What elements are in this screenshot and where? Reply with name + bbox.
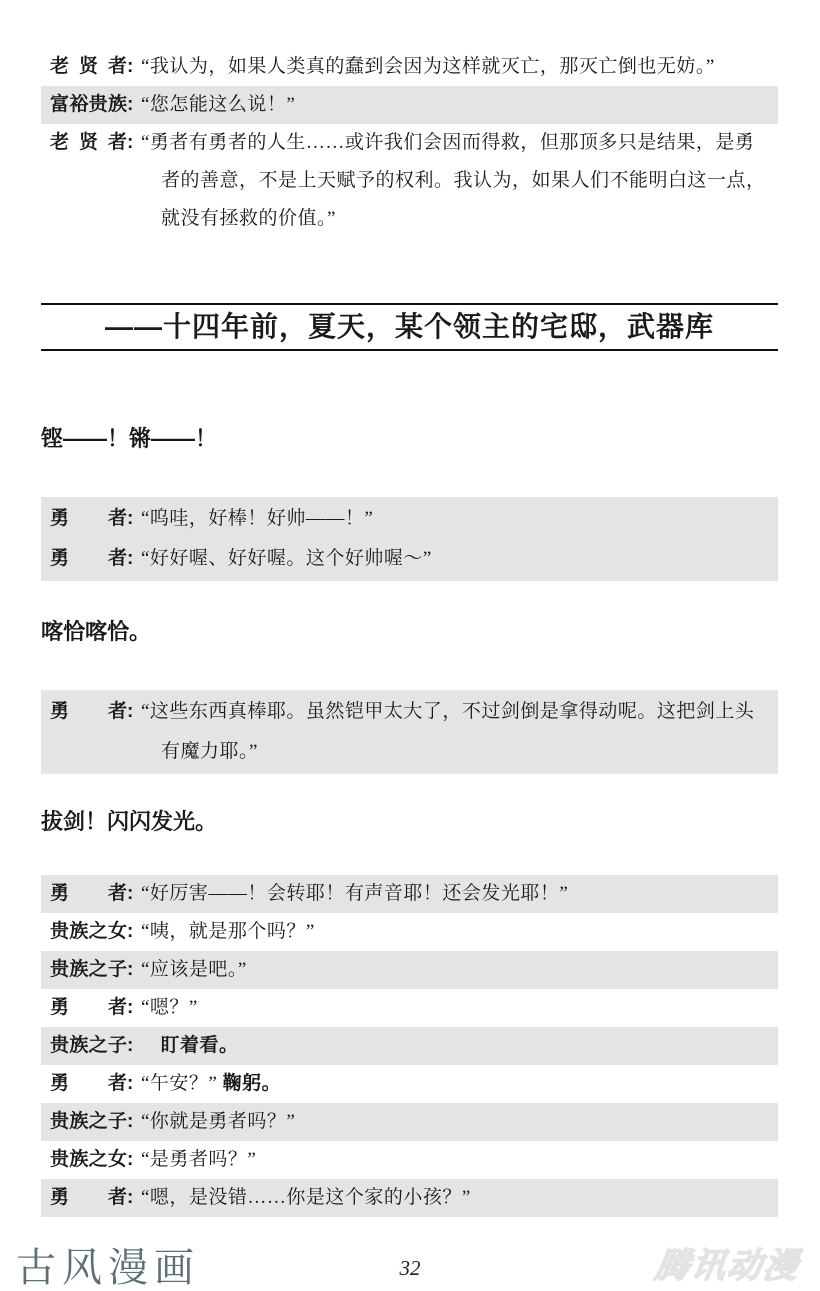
- speaker-name: 贵族之子:: [50, 951, 141, 989]
- dialogue-block: 勇者:“好厉害——！会转耶！有声音耶！还会发光耶！”贵族之女:“咦，就是那个吗？…: [41, 875, 778, 1217]
- dialogue-row: 勇者:“午安？” 鞠躬。: [41, 1065, 778, 1103]
- speaker-colon: :: [127, 1187, 133, 1208]
- speaker-name-text: 贵族之子: [50, 1027, 127, 1065]
- dialogue-quote-text: “午安？”: [141, 1073, 223, 1094]
- speech-text: “我认为，如果人类真的蠢到会因为这样就灭亡，那灭亡倒也无妨。”: [141, 48, 772, 86]
- speaker-name: 勇者:: [50, 989, 141, 1027]
- dialogue-row: 贵族之女:“咦，就是那个吗？”: [41, 913, 778, 951]
- dialogue-quote-text: “嗯？”: [141, 997, 198, 1018]
- speaker-name: 勇者:: [50, 539, 141, 579]
- dialogue-group: 勇者:“这些东西真棒耶。虽然铠甲太大了，不过剑倒是拿得动呢。这把剑上头有魔力耶。…: [41, 690, 778, 774]
- speech-text: “应该是吧。”: [141, 951, 772, 989]
- speaker-name: 富裕贵族:: [50, 86, 141, 124]
- speech-text: “这些东西真棒耶。虽然铠甲太大了，不过剑倒是拿得动呢。这把剑上头有魔力耶。”: [141, 692, 772, 772]
- speech-text: “呜哇，好棒！好帅——！”: [141, 499, 772, 539]
- dialogue-quote-text: “好厉害——！会转耶！有声音耶！还会发光耶！”: [141, 883, 568, 904]
- speaker-name: 勇者:: [50, 692, 141, 732]
- dialogue-row: 贵族之女:“是勇者吗？”: [41, 1141, 778, 1179]
- speaker-name-text: 勇者: [50, 539, 127, 579]
- dialogue-quote-text: “咦，就是那个吗？”: [141, 921, 315, 942]
- speaker-name-text: 贵族之女: [50, 913, 127, 951]
- section-header: ——十四年前，夏天，某个领主的宅邸，武器库: [41, 303, 778, 351]
- dialogue-quote-text: “你就是勇者吗？”: [141, 1111, 295, 1132]
- speaker-colon: :: [127, 1149, 133, 1170]
- speaker-colon: :: [127, 56, 133, 77]
- speaker-name-text: 富裕贵族: [50, 86, 127, 124]
- dialogue-quote-text: “是勇者吗？”: [141, 1149, 256, 1170]
- speaker-name-text: 贵族之子: [50, 951, 127, 989]
- speaker-colon: :: [127, 701, 133, 722]
- speech-text: “您怎能这么说！”: [141, 86, 772, 124]
- document-page: 老贤者:“我认为，如果人类真的蠢到会因为这样就灭亡，那灭亡倒也无妨。”富裕贵族:…: [0, 0, 820, 1291]
- dialogue-row: 富裕贵族:“您怎能这么说！”: [41, 86, 778, 124]
- speech-text: “是勇者吗？”: [141, 1141, 772, 1179]
- speaker-name-text: 勇者: [50, 1065, 127, 1103]
- speaker-name-text: 老贤者: [50, 124, 127, 162]
- narration-text: 拔剑！闪闪发光。: [41, 807, 778, 837]
- speaker-colon: :: [127, 959, 133, 980]
- speaker-colon: :: [127, 94, 133, 115]
- speaker-colon: :: [127, 132, 133, 153]
- dialogue-row: 贵族之子: 盯着看。: [41, 1027, 778, 1065]
- speaker-name: 老贤者:: [50, 48, 141, 86]
- speaker-name-text: 贵族之女: [50, 1141, 127, 1179]
- speech-text: “午安？” 鞠躬。: [141, 1065, 772, 1103]
- tencent-comics-watermark: 腾讯动漫: [653, 1238, 804, 1287]
- dialogue-row: 勇者:“这些东西真棒耶。虽然铠甲太大了，不过剑倒是拿得动呢。这把剑上头有魔力耶。…: [41, 692, 778, 772]
- speaker-name-text: 勇者: [50, 499, 127, 539]
- dialogue-row: 贵族之子:“你就是勇者吗？”: [41, 1103, 778, 1141]
- speaker-name-text: 勇者: [50, 989, 127, 1027]
- speaker-name: 老贤者:: [50, 124, 141, 162]
- speaker-name: 贵族之子:: [50, 1027, 141, 1065]
- narration-text: 铿——！锵——！: [41, 424, 778, 454]
- speaker-name: 贵族之女:: [50, 1141, 141, 1179]
- dialogue-quote-text: “好好喔、好好喔。这个好帅喔～”: [141, 548, 432, 569]
- speaker-colon: :: [127, 1111, 133, 1132]
- speaker-colon: :: [127, 548, 133, 569]
- speaker-name-text: 勇者: [50, 1179, 127, 1217]
- speaker-name: 勇者:: [50, 499, 141, 539]
- inline-narration-text: 鞠躬。: [223, 1073, 282, 1094]
- speech-text: “咦，就是那个吗？”: [141, 913, 772, 951]
- dialogue-row: 老贤者:“我认为，如果人类真的蠢到会因为这样就灭亡，那灭亡倒也无妨。”: [41, 48, 778, 86]
- dialogue-block: 老贤者:“我认为，如果人类真的蠢到会因为这样就灭亡，那灭亡倒也无妨。”富裕贵族:…: [41, 48, 778, 238]
- speaker-name: 勇者:: [50, 1179, 141, 1217]
- dialogue-group: 勇者:“呜哇，好棒！好帅——！”勇者:“好好喔、好好喔。这个好帅喔～”: [41, 497, 778, 581]
- speaker-name: 贵族之女:: [50, 913, 141, 951]
- dialogue-quote-text: “呜哇，好棒！好帅——！”: [141, 508, 373, 529]
- dialogue-quote-text: “您怎能这么说！”: [141, 94, 295, 115]
- speech-text: “嗯？”: [141, 989, 772, 1027]
- speech-text: “好厉害——！会转耶！有声音耶！还会发光耶！”: [141, 875, 772, 913]
- speaker-colon: :: [127, 1073, 133, 1094]
- dialogue-quote-text: “嗯，是没错……你是这个家的小孩？”: [141, 1187, 471, 1208]
- speaker-name-text: 勇者: [50, 692, 127, 732]
- speaker-name-text: 老贤者: [50, 48, 127, 86]
- dialogue-quote-text: “应该是吧。”: [141, 959, 247, 980]
- dialogue-row: 勇者:“好好喔、好好喔。这个好帅喔～”: [41, 539, 778, 579]
- speaker-name-text: 勇者: [50, 875, 127, 913]
- dialogue-row: 勇者:“呜哇，好棒！好帅——！”: [41, 499, 778, 539]
- speech-text: 盯着看。: [141, 1027, 772, 1065]
- dialogue-row: 贵族之子:“应该是吧。”: [41, 951, 778, 989]
- dialogue-quote-text: “这些东西真棒耶。虽然铠甲太大了，不过剑倒是拿得动呢。这把剑上头有魔力耶。”: [141, 701, 754, 762]
- speaker-name: 贵族之子:: [50, 1103, 141, 1141]
- speaker-name: 勇者:: [50, 875, 141, 913]
- script-content: 老贤者:“我认为，如果人类真的蠢到会因为这样就灭亡，那灭亡倒也无妨。”富裕贵族:…: [41, 48, 778, 1217]
- speech-text: “嗯，是没错……你是这个家的小孩？”: [141, 1179, 772, 1217]
- speaker-colon: :: [127, 508, 133, 529]
- speech-text: “勇者有勇者的人生……或许我们会因而得救，但那顶多只是结果，是勇者的善意，不是上…: [141, 124, 772, 238]
- dialogue-row: 勇者:“嗯，是没错……你是这个家的小孩？”: [41, 1179, 778, 1217]
- dialogue-quote-text: “勇者有勇者的人生……或许我们会因而得救，但那顶多只是结果，是勇者的善意，不是上…: [141, 132, 766, 229]
- speaker-colon: :: [127, 921, 133, 942]
- dialogue-row: 老贤者:“勇者有勇者的人生……或许我们会因而得救，但那顶多只是结果，是勇者的善意…: [41, 124, 778, 238]
- speaker-name: 勇者:: [50, 1065, 141, 1103]
- dialogue-quote-text: “我认为，如果人类真的蠢到会因为这样就灭亡，那灭亡倒也无妨。”: [141, 56, 715, 77]
- speech-text: “你就是勇者吗？”: [141, 1103, 772, 1141]
- dialogue-row: 勇者:“好厉害——！会转耶！有声音耶！还会发光耶！”: [41, 875, 778, 913]
- speaker-name-text: 贵族之子: [50, 1103, 127, 1141]
- speech-text: “好好喔、好好喔。这个好帅喔～”: [141, 539, 772, 579]
- speaker-colon: :: [127, 883, 133, 904]
- speaker-colon: :: [127, 1035, 133, 1056]
- inline-narration-text: 盯着看。: [141, 1035, 239, 1056]
- speaker-colon: :: [127, 997, 133, 1018]
- dialogue-row: 勇者:“嗯？”: [41, 989, 778, 1027]
- narration-text: 喀恰喀恰。: [41, 617, 778, 647]
